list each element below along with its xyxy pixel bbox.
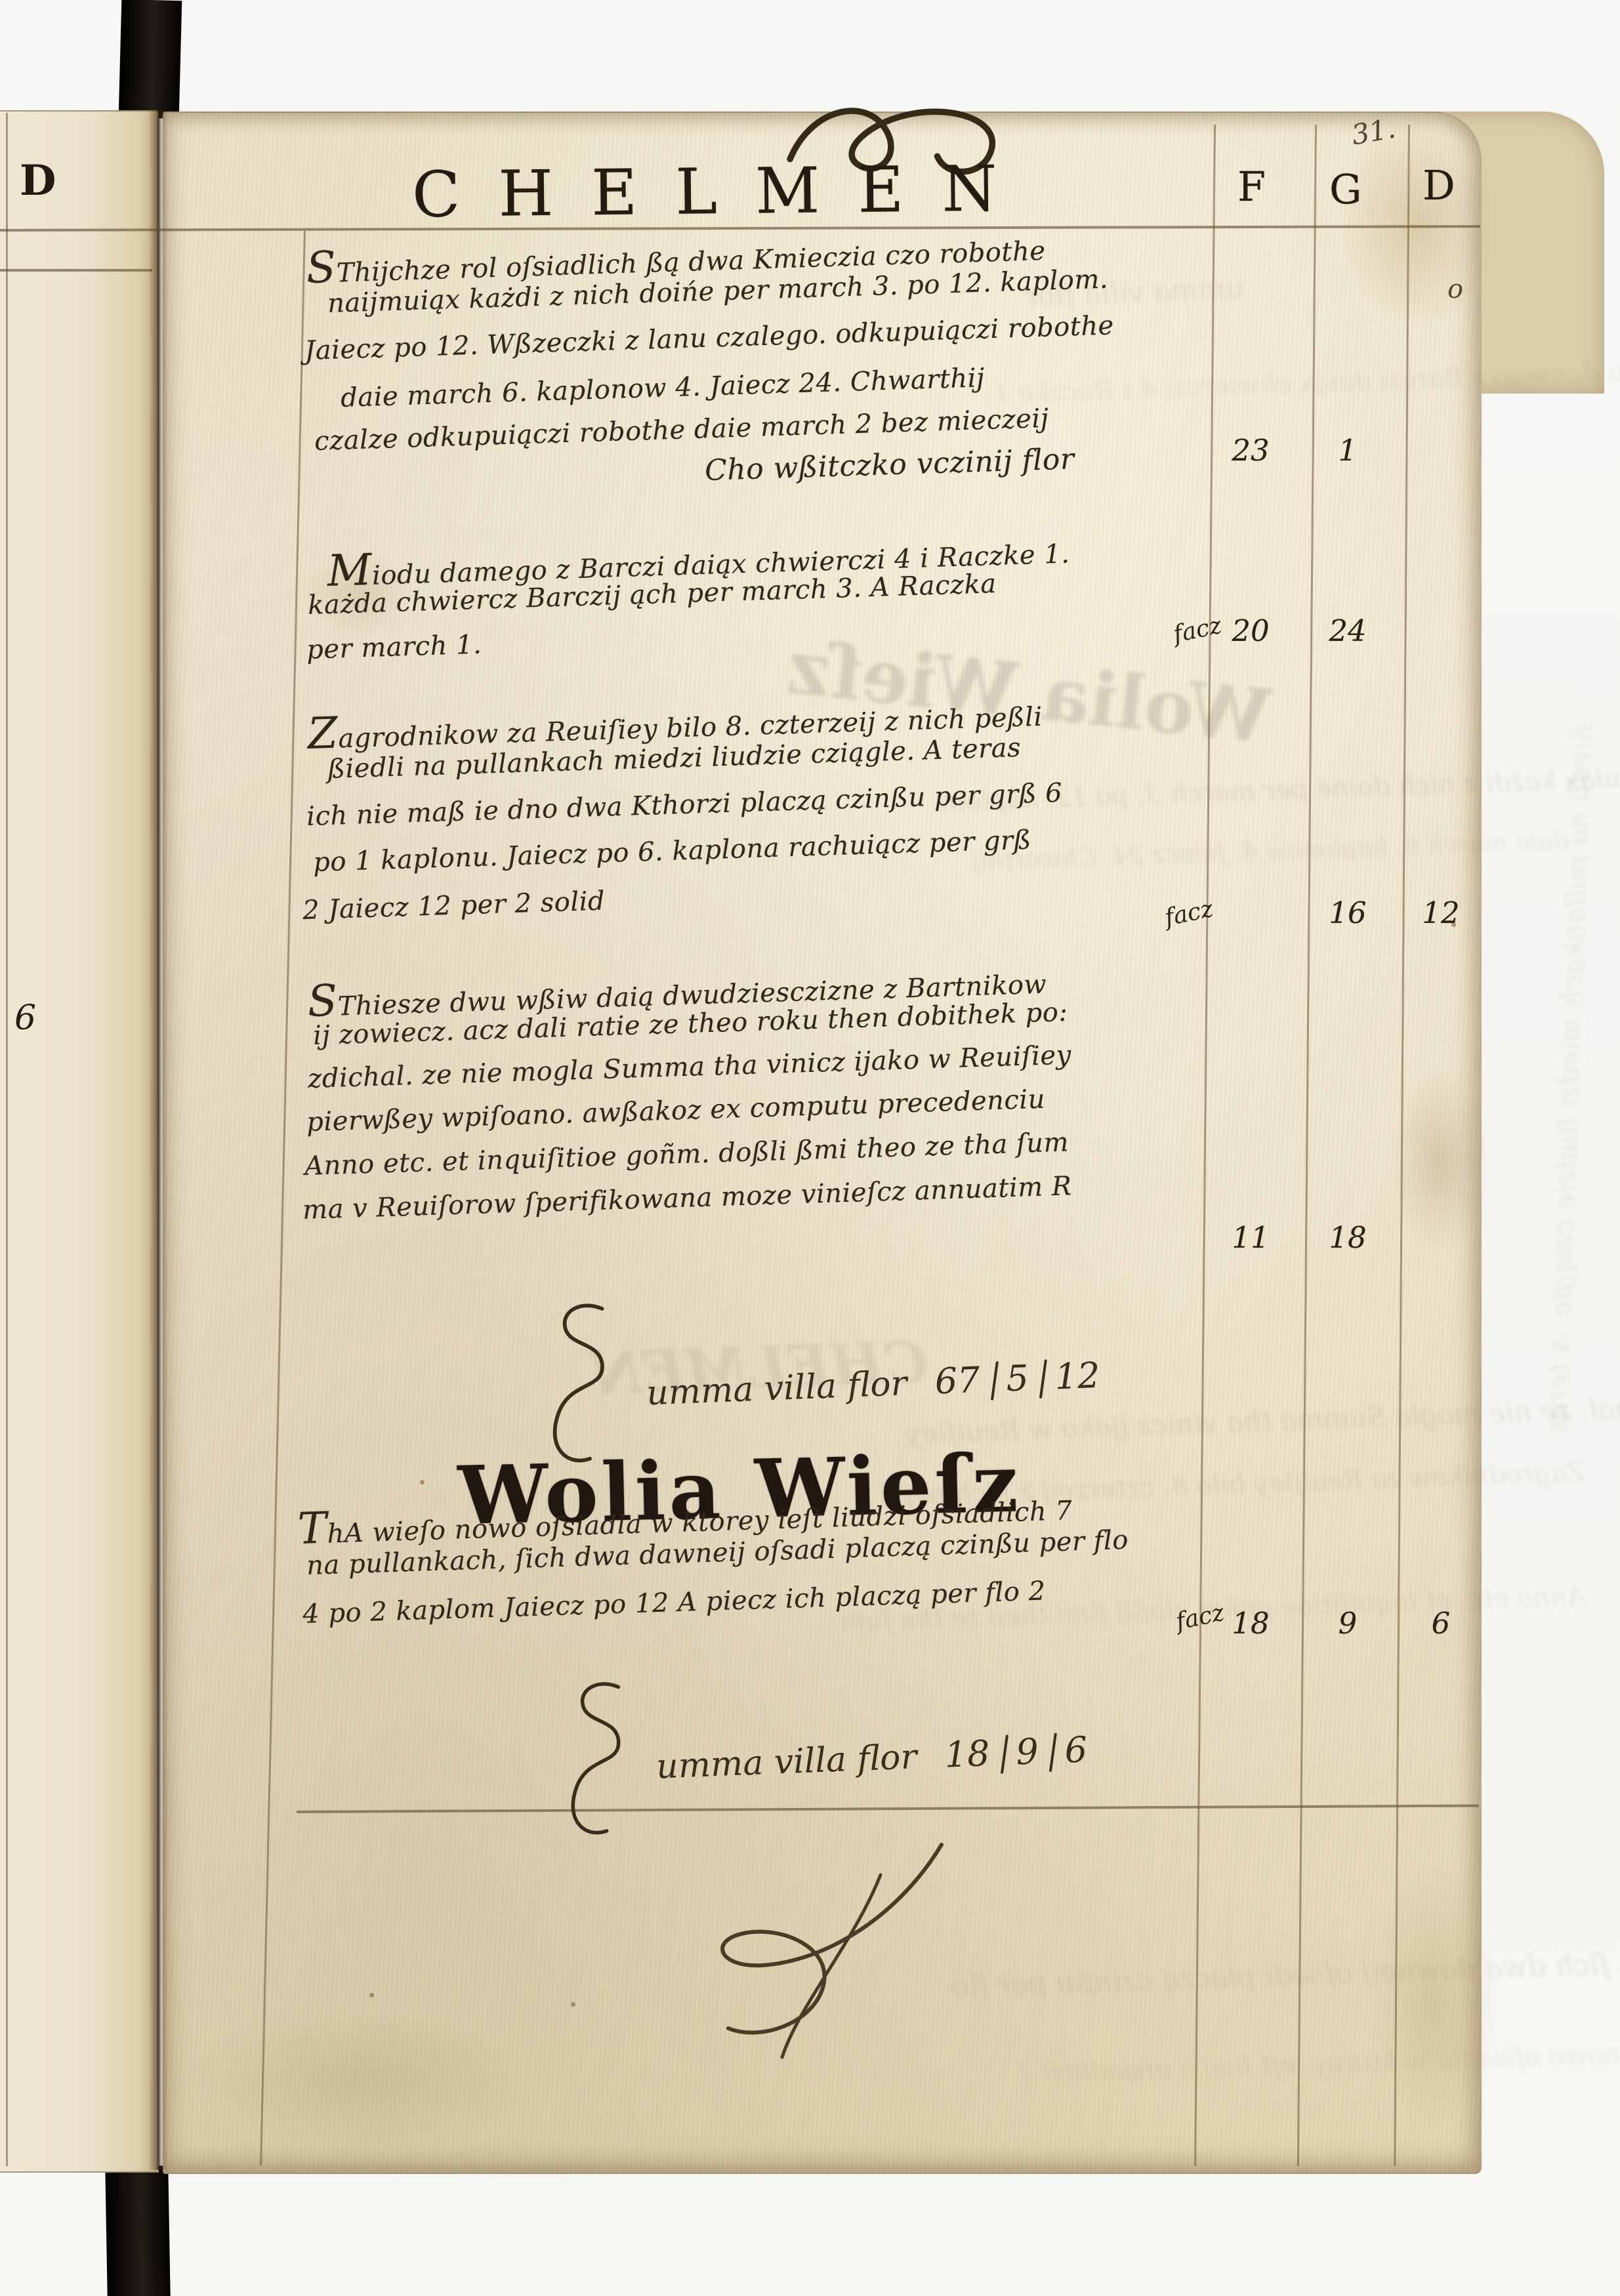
summa-initial-swash xyxy=(533,1302,631,1466)
binding-strap-bottom xyxy=(105,2165,170,2296)
amount-divider xyxy=(990,1361,998,1401)
amount-divider xyxy=(1000,1734,1008,1774)
summa-denary: 6 xyxy=(1064,1729,1088,1771)
amount-divider xyxy=(1049,1732,1057,1772)
facing-page-edge xyxy=(0,110,159,2173)
binding-strap-top xyxy=(119,0,182,119)
amount-d: 12 xyxy=(1411,895,1471,930)
ink-speck xyxy=(369,1993,374,1998)
column-header-d: D xyxy=(1423,161,1455,209)
facing-column-letter: D xyxy=(20,156,56,205)
summa-grosze: 9 xyxy=(1015,1731,1039,1773)
summa-florins: 18 xyxy=(944,1732,991,1776)
summa-florins: 67 xyxy=(934,1359,981,1403)
summa-denary: 12 xyxy=(1054,1355,1100,1398)
summa-grosze: 5 xyxy=(1005,1357,1029,1399)
amount-g: 24 xyxy=(1318,613,1378,648)
corner-flourish-mark: o xyxy=(1447,274,1463,304)
facing-margin-number: 6 xyxy=(14,998,36,1038)
amount-f: 23 xyxy=(1220,433,1281,468)
amount-g: 1 xyxy=(1318,433,1378,468)
ink-speck xyxy=(571,2002,575,2007)
ink-speck xyxy=(420,1480,425,1485)
summa-initial-swash xyxy=(550,1681,648,1838)
manuscript-scan: D 6 umma villa flor Miodu damego z Barcz… xyxy=(0,0,1620,2296)
facing-page-rule xyxy=(6,113,8,2166)
amount-g: 9 xyxy=(1318,1606,1378,1641)
column-header-g: G xyxy=(1329,165,1362,213)
entry-line: per march 1. xyxy=(306,630,482,665)
page-title: CHELMEN xyxy=(411,152,1035,232)
amount-divider xyxy=(1039,1359,1047,1399)
gutter-shadow xyxy=(148,110,168,2170)
bleedthrough-ghost: ßiedli na pullankach miedzi liudzie czią… xyxy=(1541,724,1598,1435)
pen-flourish xyxy=(682,1837,984,2060)
amount-f: 18 xyxy=(1220,1606,1281,1641)
amount-g: 18 xyxy=(1318,1220,1378,1255)
amount-d: 6 xyxy=(1411,1606,1471,1641)
amount-f: 11 xyxy=(1220,1220,1281,1255)
amount-f: 20 xyxy=(1220,613,1281,648)
column-header-f: F xyxy=(1237,163,1266,211)
facing-page-header-rule xyxy=(0,269,152,272)
amount-g: 16 xyxy=(1318,895,1378,930)
